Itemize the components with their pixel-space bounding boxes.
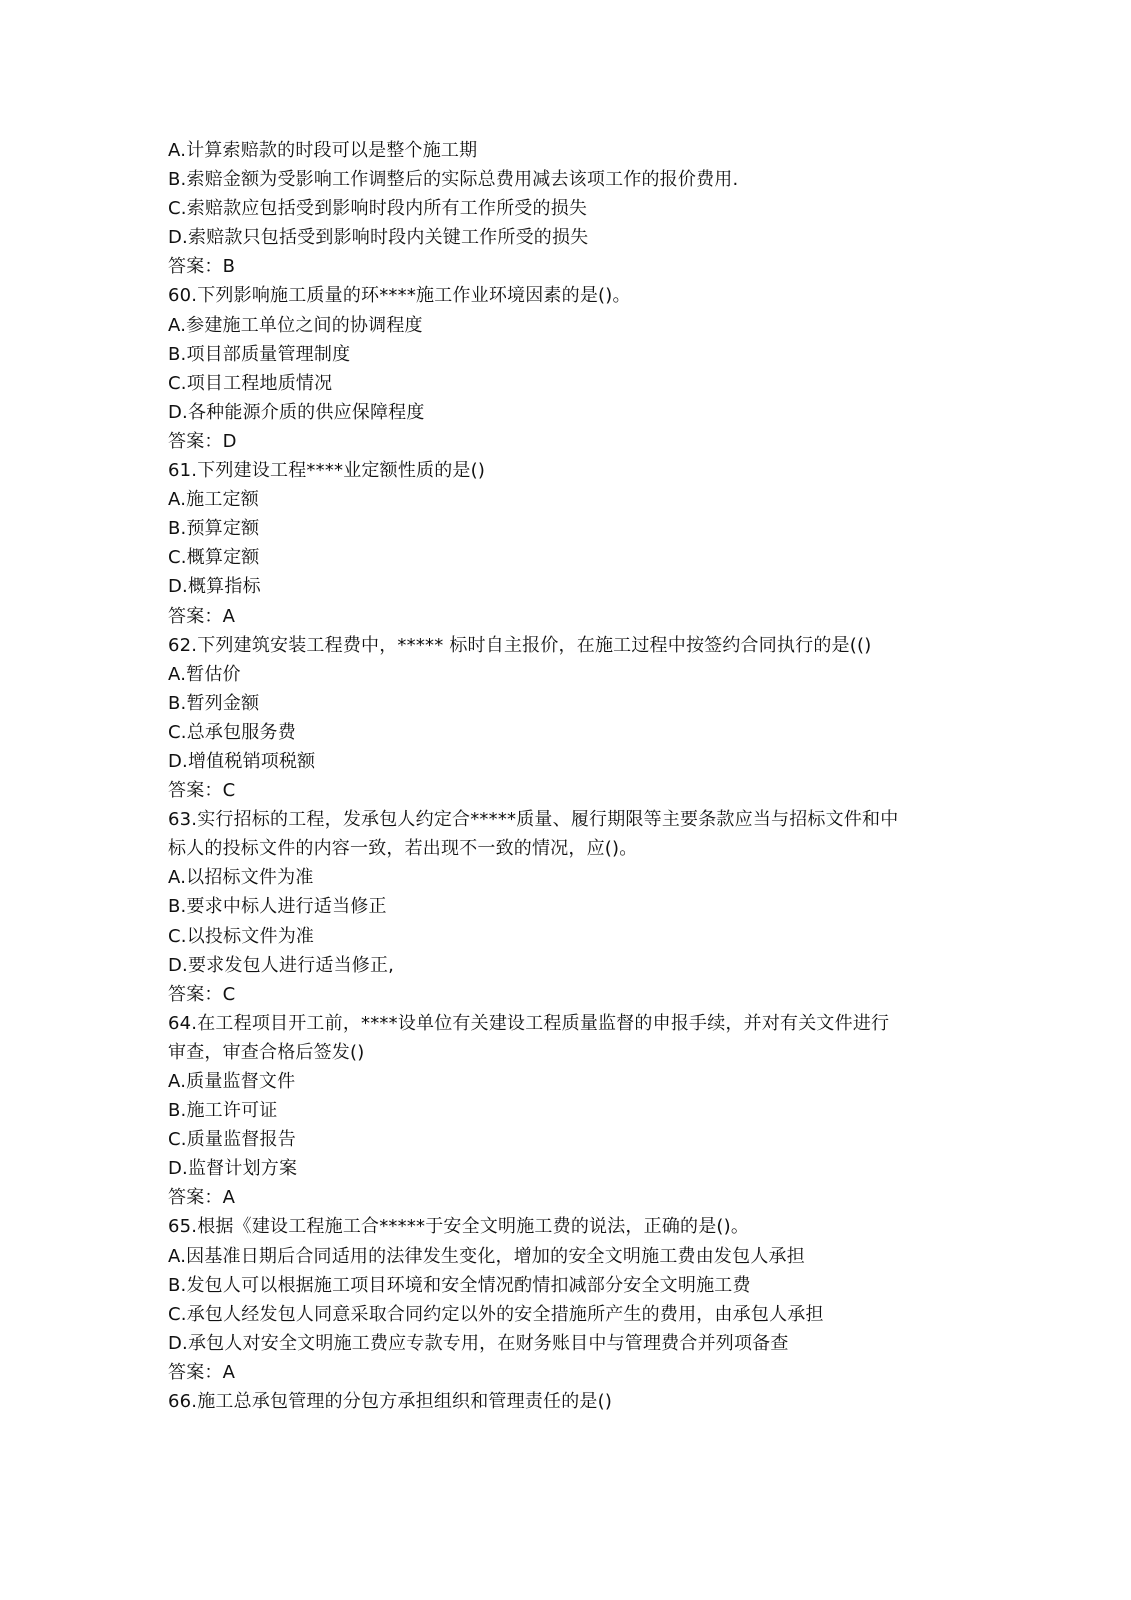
option-line: A.质量监督文件: [168, 1067, 958, 1096]
option-line: C.质量监督报告: [168, 1125, 958, 1154]
option-line: D.监督计划方案: [168, 1154, 958, 1183]
option-line: B.施工许可证: [168, 1096, 958, 1125]
option-line: A.参建施工单位之间的协调程度: [168, 311, 958, 340]
answer-line: 答案：A: [168, 1358, 958, 1387]
answer-line: 答案：C: [168, 776, 958, 805]
option-line: B.发包人可以根据施工项目环境和安全情况酌情扣减部分安全文明施工费: [168, 1271, 958, 1300]
option-line: D.承包人对安全文明施工费应专款专用，在财务账目中与管理费合并列项备查: [168, 1329, 958, 1358]
option-line: C.承包人经发包人同意采取合同约定以外的安全措施所产生的费用，由承包人承担: [168, 1300, 958, 1329]
option-line: B.暂列金额: [168, 689, 958, 718]
option-line: D.索赔款只包括受到影响时段内关键工作所受的损失: [168, 223, 958, 252]
answer-line: 答案：A: [168, 1183, 958, 1212]
question-line: 62.下列建筑安装工程费中，***** 标时自主报价，在施工过程中按签约合同执行…: [168, 631, 958, 660]
option-line: A.暂估价: [168, 660, 958, 689]
option-line: C.项目工程地质情况: [168, 369, 958, 398]
option-line: C.概算定额: [168, 543, 958, 572]
question-line: 65.根据《建设工程施工合*****于安全文明施工费的说法，正确的是()。: [168, 1212, 958, 1241]
option-line: A.以招标文件为准: [168, 863, 958, 892]
question-continuation-line: 审查，审查合格后签发(): [168, 1038, 958, 1067]
option-line: D.概算指标: [168, 572, 958, 601]
option-line: B.项目部质量管理制度: [168, 340, 958, 369]
question-line: 66.施工总承包管理的分包方承担组织和管理责任的是(): [168, 1387, 958, 1416]
question-line: 63.实行招标的工程，发承包人约定合*****质量、履行期限等主要条款应当与招标…: [168, 805, 958, 834]
option-line: A.施工定额: [168, 485, 958, 514]
option-line: D.各种能源介质的供应保障程度: [168, 398, 958, 427]
option-line: B.要求中标人进行适当修正: [168, 892, 958, 921]
option-line: C.以投标文件为准: [168, 922, 958, 951]
answer-line: 答案：C: [168, 980, 958, 1009]
option-line: B.预算定额: [168, 514, 958, 543]
option-line: A.因基准日期后合同适用的法律发生变化，增加的安全文明施工费由发包人承担: [168, 1242, 958, 1271]
question-line: 60.下列影响施工质量的环****施工作业环境因素的是()。: [168, 281, 958, 310]
answer-line: 答案：B: [168, 252, 958, 281]
answer-line: 答案：D: [168, 427, 958, 456]
question-line: 64.在工程项目开工前，****设单位有关建设工程质量监督的申报手续，并对有关文…: [168, 1009, 958, 1038]
document-page: A.计算索赔款的时段可以是整个施工期 B.索赔金额为受影响工作调整后的实际总费用…: [168, 136, 958, 1416]
option-line: C.索赔款应包括受到影响时段内所有工作所受的损失: [168, 194, 958, 223]
option-line: D.要求发包人进行适当修正,: [168, 951, 958, 980]
option-line: A.计算索赔款的时段可以是整个施工期: [168, 136, 958, 165]
answer-line: 答案：A: [168, 602, 958, 631]
option-line: C.总承包服务费: [168, 718, 958, 747]
option-line: B.索赔金额为受影响工作调整后的实际总费用减去该项工作的报价费用.: [168, 165, 958, 194]
question-line: 61.下列建设工程****业定额性质的是(): [168, 456, 958, 485]
question-continuation-line: 标人的投标文件的内容一致，若出现不一致的情况，应()。: [168, 834, 958, 863]
option-line: D.增值税销项税额: [168, 747, 958, 776]
